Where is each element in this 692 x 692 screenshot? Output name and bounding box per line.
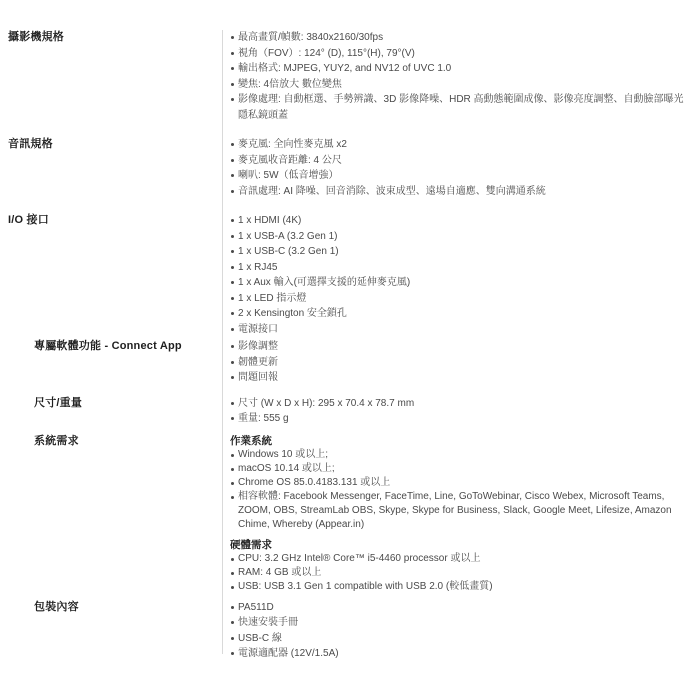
bullet-icon <box>230 184 238 200</box>
spec-item: 輸出格式: MJPEG, YUY2, and NV12 of UVC 1.0 <box>230 61 686 77</box>
spec-item: 重量: 555 g <box>230 411 686 427</box>
spec-item-text: 重量: 555 g <box>238 411 289 427</box>
bullet-icon <box>230 229 238 245</box>
spec-item-text: 1 x HDMI (4K) <box>238 213 301 229</box>
spec-item: RAM: 4 GB 或以上 <box>230 566 686 580</box>
spec-item-text: 1 x Aux 輸入(可選擇支援的延伸麥克風) <box>238 275 410 291</box>
spec-sections: 攝影機規格 最高畫質/幀數: 3840x2160/30fps視角（FOV）: 1… <box>0 30 692 662</box>
spec-item-text: 最高畫質/幀數: 3840x2160/30fps <box>238 30 383 46</box>
bullet-icon <box>230 355 238 371</box>
bullet-icon <box>230 448 238 462</box>
product-spec-sheet: 攝影機規格 最高畫質/幀數: 3840x2160/30fps視角（FOV）: 1… <box>0 0 692 692</box>
bullet-icon <box>230 552 238 566</box>
spec-section-content: 尺寸 (W x D x H): 295 x 70.4 x 78.7 mm重量: … <box>222 396 692 427</box>
bullet-icon <box>230 92 238 123</box>
spec-section-content: 作業系統Windows 10 或以上;macOS 10.14 或以上;Chrom… <box>222 434 692 594</box>
spec-section-label: 系統需求 <box>0 434 222 450</box>
bullet-icon <box>230 476 238 490</box>
spec-item-text: 麥克風: 全向性麥克風 x2 <box>238 137 347 153</box>
spec-section-label: 音訊規格 <box>0 137 222 153</box>
spec-item: Chrome OS 85.0.4183.131 或以上 <box>230 476 686 490</box>
spec-item-text: 影像處理: 自動框選、手勢辨識、3D 影像降噪、HDR 高動態範圍成像、影像亮度… <box>238 92 684 123</box>
spec-item-text: 電源適配器 (12V/1.5A) <box>238 646 339 662</box>
bullet-icon <box>230 615 238 631</box>
spec-item: 1 x USB-C (3.2 Gen 1) <box>230 244 686 260</box>
bullet-icon <box>230 396 238 412</box>
spec-block: 1 x HDMI (4K)1 x USB-A (3.2 Gen 1)1 x US… <box>230 213 686 337</box>
spec-item: 影像處理: 自動框選、手勢辨識、3D 影像降噪、HDR 高動態範圍成像、影像亮度… <box>230 92 686 123</box>
spec-item: 2 x Kensington 安全鎖孔 <box>230 306 686 322</box>
spec-section-row: 音訊規格 麥克風: 全向性麥克風 x2麥克風收音距離: 4 公尺喇叭: 5W（低… <box>0 137 692 199</box>
bullet-icon <box>230 275 238 291</box>
spec-item-text: 相容軟體: Facebook Messenger, FaceTime, Line… <box>238 490 686 532</box>
bullet-icon <box>230 77 238 93</box>
bullet-icon <box>230 137 238 153</box>
spec-item: 麥克風收音距離: 4 公尺 <box>230 153 686 169</box>
spec-item-text: 韌體更新 <box>238 355 278 371</box>
spec-section-label: 尺寸/重量 <box>0 396 222 412</box>
bullet-icon <box>230 213 238 229</box>
spec-item-text: 1 x LED 指示燈 <box>238 291 306 307</box>
bullet-icon <box>230 370 238 386</box>
spec-item: Windows 10 或以上; <box>230 448 686 462</box>
spec-item: USB-C 線 <box>230 631 686 647</box>
bullet-icon <box>230 411 238 427</box>
bullet-icon <box>230 566 238 580</box>
spec-item: 1 x HDMI (4K) <box>230 213 686 229</box>
spec-block: 影像調整韌體更新問題回報 <box>230 339 686 386</box>
spec-section-content: 1 x HDMI (4K)1 x USB-A (3.2 Gen 1)1 x US… <box>222 213 692 337</box>
spec-section-label: 包裝內容 <box>0 600 222 616</box>
spec-block-heading: 作業系統 <box>230 434 686 448</box>
spec-item: 1 x LED 指示燈 <box>230 291 686 307</box>
spec-item-text: 輸出格式: MJPEG, YUY2, and NV12 of UVC 1.0 <box>238 61 451 77</box>
spec-item: 尺寸 (W x D x H): 295 x 70.4 x 78.7 mm <box>230 396 686 412</box>
spec-item: 韌體更新 <box>230 355 686 371</box>
spec-item-text: 麥克風收音距離: 4 公尺 <box>238 153 342 169</box>
spec-block: 尺寸 (W x D x H): 295 x 70.4 x 78.7 mm重量: … <box>230 396 686 427</box>
spec-item-text: 電源接口 <box>238 322 278 338</box>
bullet-icon <box>230 30 238 46</box>
spec-item-text: 1 x USB-C (3.2 Gen 1) <box>238 244 339 260</box>
spec-item: 快速安裝手冊 <box>230 615 686 631</box>
spec-item-text: 2 x Kensington 安全鎖孔 <box>238 306 347 322</box>
spec-item: 影像調整 <box>230 339 686 355</box>
spec-section-row: 包裝內容 PA511D快速安裝手冊USB-C 線電源適配器 (12V/1.5A) <box>0 600 692 662</box>
bullet-icon <box>230 490 238 532</box>
spec-item: 問題回報 <box>230 370 686 386</box>
spec-block: PA511D快速安裝手冊USB-C 線電源適配器 (12V/1.5A) <box>230 600 686 662</box>
bullet-icon <box>230 462 238 476</box>
spec-item: PA511D <box>230 600 686 616</box>
spec-section-label: I/O 接口 <box>0 213 222 229</box>
spec-block: 硬體需求CPU: 3.2 GHz Intel® Core™ i5-4460 pr… <box>230 538 686 594</box>
spec-section-row: 系統需求 作業系統Windows 10 或以上;macOS 10.14 或以上;… <box>0 434 692 594</box>
bullet-icon <box>230 61 238 77</box>
spec-block: 作業系統Windows 10 或以上;macOS 10.14 或以上;Chrom… <box>230 434 686 532</box>
spec-section-row: I/O 接口 1 x HDMI (4K)1 x USB-A (3.2 Gen 1… <box>0 213 692 337</box>
spec-item: 變焦: 4倍放大 數位變焦 <box>230 77 686 93</box>
bullet-icon <box>230 153 238 169</box>
spec-block: 麥克風: 全向性麥克風 x2麥克風收音距離: 4 公尺喇叭: 5W（低音增強）音… <box>230 137 686 199</box>
spec-item-text: 問題回報 <box>238 370 278 386</box>
spec-section-row: 專屬軟體功能 - Connect App 影像調整韌體更新問題回報 <box>0 339 692 386</box>
spec-item: 1 x Aux 輸入(可選擇支援的延伸麥克風) <box>230 275 686 291</box>
spec-item-text: 變焦: 4倍放大 數位變焦 <box>238 77 342 93</box>
spec-item-text: 1 x RJ45 <box>238 260 277 276</box>
spec-item-text: macOS 10.14 或以上; <box>238 462 335 476</box>
spec-item-text: PA511D <box>238 600 274 616</box>
spec-item-text: 影像調整 <box>238 339 278 355</box>
bullet-icon <box>230 244 238 260</box>
spec-item-text: 尺寸 (W x D x H): 295 x 70.4 x 78.7 mm <box>238 396 414 412</box>
spec-section-label: 攝影機規格 <box>0 30 222 46</box>
bullet-icon <box>230 168 238 184</box>
spec-block-heading: 硬體需求 <box>230 538 686 552</box>
spec-item-text: 音訊處理: AI 降噪、回音消除、波束成型、遠場自適應、雙向溝通系統 <box>238 184 546 200</box>
spec-item: 相容軟體: Facebook Messenger, FaceTime, Line… <box>230 490 686 532</box>
spec-section-content: PA511D快速安裝手冊USB-C 線電源適配器 (12V/1.5A) <box>222 600 692 662</box>
spec-item-text: Chrome OS 85.0.4183.131 或以上 <box>238 476 390 490</box>
spec-item-text: 1 x USB-A (3.2 Gen 1) <box>238 229 338 245</box>
spec-item: 1 x USB-A (3.2 Gen 1) <box>230 229 686 245</box>
spec-item: 電源接口 <box>230 322 686 338</box>
spec-item: 1 x RJ45 <box>230 260 686 276</box>
bullet-icon <box>230 600 238 616</box>
spec-section-label: 專屬軟體功能 - Connect App <box>0 339 222 355</box>
spec-section-row: 攝影機規格 最高畫質/幀數: 3840x2160/30fps視角（FOV）: 1… <box>0 30 692 123</box>
bullet-icon <box>230 646 238 662</box>
spec-item: macOS 10.14 或以上; <box>230 462 686 476</box>
spec-item: 喇叭: 5W（低音增強） <box>230 168 686 184</box>
spec-item-text: Windows 10 或以上; <box>238 448 328 462</box>
spec-section-row: 尺寸/重量 尺寸 (W x D x H): 295 x 70.4 x 78.7 … <box>0 396 692 427</box>
bullet-icon <box>230 260 238 276</box>
spec-item: 最高畫質/幀數: 3840x2160/30fps <box>230 30 686 46</box>
bullet-icon <box>230 631 238 647</box>
spec-item: 音訊處理: AI 降噪、回音消除、波束成型、遠場自適應、雙向溝通系統 <box>230 184 686 200</box>
spec-item: 麥克風: 全向性麥克風 x2 <box>230 137 686 153</box>
bullet-icon <box>230 306 238 322</box>
spec-section-content: 影像調整韌體更新問題回報 <box>222 339 692 386</box>
bullet-icon <box>230 322 238 338</box>
bullet-icon <box>230 291 238 307</box>
spec-block: 最高畫質/幀數: 3840x2160/30fps視角（FOV）: 124° (D… <box>230 30 686 123</box>
spec-item: CPU: 3.2 GHz Intel® Core™ i5-4460 proces… <box>230 552 686 566</box>
spec-item-text: RAM: 4 GB 或以上 <box>238 566 321 580</box>
spec-section-content: 最高畫質/幀數: 3840x2160/30fps視角（FOV）: 124° (D… <box>222 30 692 123</box>
bullet-icon <box>230 580 238 594</box>
spec-item-text: USB-C 線 <box>238 631 282 647</box>
spec-item-text: 喇叭: 5W（低音增強） <box>238 168 339 184</box>
spec-item: 電源適配器 (12V/1.5A) <box>230 646 686 662</box>
bullet-icon <box>230 339 238 355</box>
spec-section-content: 麥克風: 全向性麥克風 x2麥克風收音距離: 4 公尺喇叭: 5W（低音增強）音… <box>222 137 692 199</box>
spec-item-text: USB: USB 3.1 Gen 1 compatible with USB 2… <box>238 580 493 594</box>
spec-item-text: 快速安裝手冊 <box>238 615 298 631</box>
spec-item: 視角（FOV）: 124° (D), 115°(H), 79°(V) <box>230 46 686 62</box>
spec-item: USB: USB 3.1 Gen 1 compatible with USB 2… <box>230 580 686 594</box>
bullet-icon <box>230 46 238 62</box>
spec-item-text: CPU: 3.2 GHz Intel® Core™ i5-4460 proces… <box>238 552 480 566</box>
spec-item-text: 視角（FOV）: 124° (D), 115°(H), 79°(V) <box>238 46 415 62</box>
